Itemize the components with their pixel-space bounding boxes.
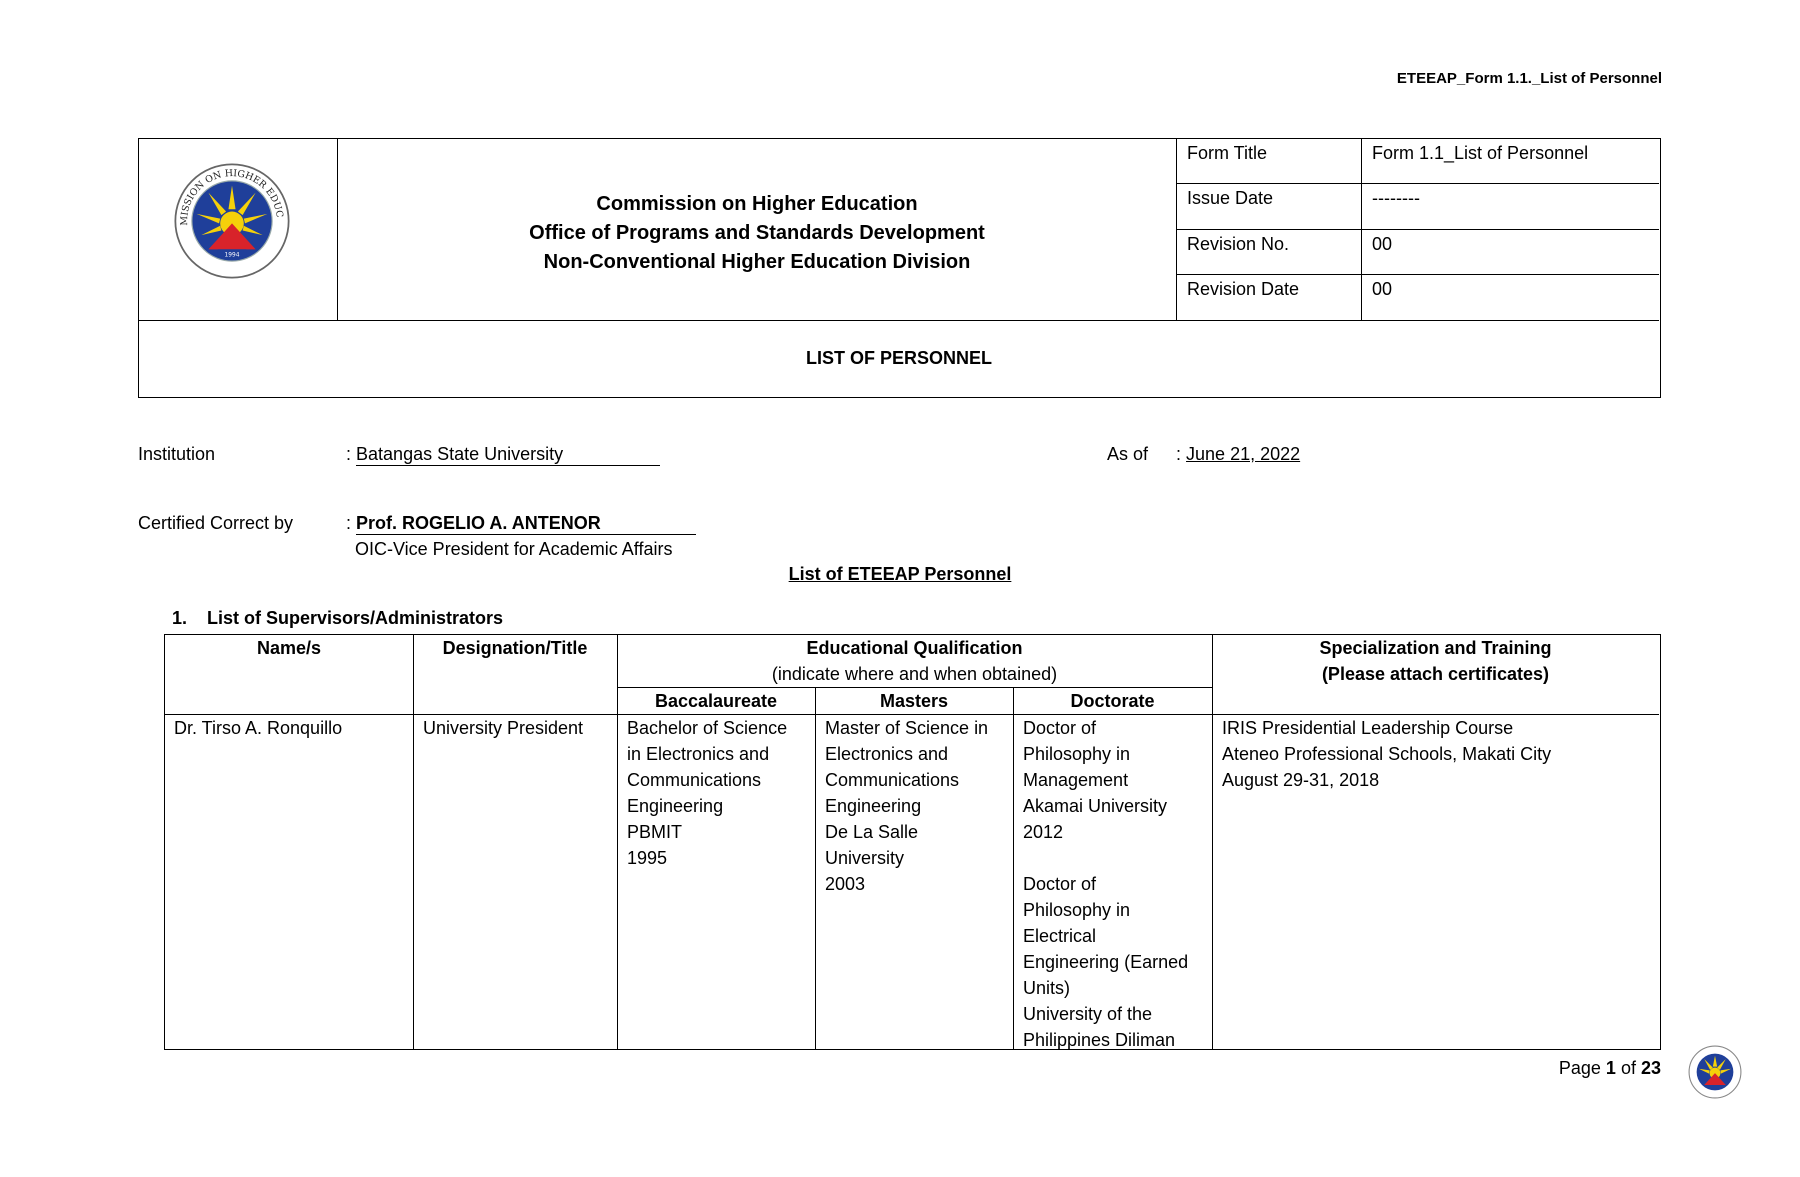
institution-field: : Batangas State University [346, 444, 660, 466]
header-specialization-note: (Please attach certificates) [1212, 661, 1659, 687]
col-divider [1013, 687, 1014, 1049]
cell-designation: University President [423, 715, 613, 741]
list-title: List of ETEEAP Personnel [0, 564, 1800, 585]
col-divider [815, 687, 816, 1049]
certified-name: Prof. ROGELIO A. ANTENOR [356, 513, 601, 533]
cell-specialization: IRIS Presidential Leadership Course Aten… [1222, 715, 1652, 793]
ched-seal-icon [1688, 1045, 1742, 1099]
separator: : [346, 513, 351, 533]
meta-label: Form Title [1177, 139, 1362, 183]
certified-title: OIC-Vice President for Academic Affairs [355, 539, 672, 560]
col-divider [1212, 635, 1213, 1049]
institution-value-line: Batangas State University [356, 444, 660, 466]
meta-value: Form 1.1_List of Personnel [1362, 139, 1598, 168]
as-of-field: : June 21, 2022 [1176, 444, 1300, 465]
page-total: 23 [1641, 1058, 1661, 1078]
as-of-value: June 21, 2022 [1186, 444, 1300, 464]
meta-label: Revision Date [1177, 275, 1362, 320]
institution-label: Institution [138, 444, 215, 465]
personnel-table: Name/s Designation/Title Educational Qua… [164, 634, 1661, 1050]
org-line-2: Office of Programs and Standards Develop… [529, 219, 985, 248]
section-number: 1. [172, 608, 207, 629]
footer-logo [1688, 1045, 1742, 1099]
header-masters: Masters [815, 688, 1013, 714]
institution-value: Batangas State University [356, 444, 563, 464]
form-metadata: Form Title Form 1.1_List of Personnel Is… [1177, 139, 1659, 320]
header-education-note: (indicate where and when obtained) [617, 661, 1212, 687]
document-title: LIST OF PERSONNEL [139, 320, 1659, 396]
cell-masters: Master of Science in Electronics and Com… [825, 715, 1010, 897]
meta-value: 00 [1362, 230, 1402, 259]
meta-value: -------- [1362, 184, 1430, 213]
certified-name-line: Prof. ROGELIO A. ANTENOR [356, 513, 696, 535]
cell-doctorate: Doctor of Philosophy in Management Akama… [1023, 715, 1209, 1053]
ched-seal-icon: 1994 COMMISSION ON HIGHER EDUCATION [173, 162, 291, 280]
section-heading: 1.List of Supervisors/Administrators [172, 608, 503, 629]
org-line-3: Non-Conventional Higher Education Divisi… [544, 248, 971, 277]
meta-label: Issue Date [1177, 184, 1362, 228]
header-education: Educational Qualification [617, 635, 1212, 661]
meta-label: Revision No. [1177, 230, 1362, 274]
organization-name: Commission on Higher Education Office of… [338, 139, 1177, 320]
meta-value: 00 [1362, 275, 1402, 304]
separator: : [1176, 444, 1181, 464]
header-doctorate: Doctorate [1013, 688, 1212, 714]
certified-label: Certified Correct by [138, 513, 293, 534]
meta-row-revision-no: Revision No. 00 [1177, 230, 1659, 275]
cell-name: Dr. Tirso A. Ronquillo [174, 715, 409, 741]
meta-row-revision-date: Revision Date 00 [1177, 275, 1659, 320]
page-of: of [1621, 1058, 1636, 1078]
document-header: 1994 COMMISSION ON HIGHER EDUCATION Comm… [138, 138, 1661, 398]
logo-cell: 1994 COMMISSION ON HIGHER EDUCATION [139, 139, 338, 320]
as-of-label: As of [1107, 444, 1148, 465]
col-divider [413, 635, 414, 1049]
separator: : [346, 444, 351, 464]
certified-field: : Prof. ROGELIO A. ANTENOR [346, 513, 696, 535]
page-current: 1 [1606, 1058, 1616, 1078]
header-designation: Designation/Title [413, 635, 617, 661]
section-title: List of Supervisors/Administrators [207, 608, 503, 628]
svg-text:1994: 1994 [225, 252, 240, 258]
header-name: Name/s [165, 635, 413, 661]
header-specialization: Specialization and Training [1212, 635, 1659, 661]
meta-row-issue-date: Issue Date -------- [1177, 184, 1659, 229]
cell-baccalaureate: Bachelor of Science in Electronics and C… [627, 715, 812, 871]
header-baccalaureate: Baccalaureate [617, 688, 815, 714]
meta-row-form-title: Form Title Form 1.1_List of Personnel [1177, 139, 1659, 184]
page-number: Page 1 of 23 [1559, 1058, 1661, 1079]
org-line-1: Commission on Higher Education [596, 190, 917, 219]
running-header: ETEEAP_Form 1.1._List of Personnel [1397, 70, 1662, 87]
page-prefix: Page [1559, 1058, 1601, 1078]
